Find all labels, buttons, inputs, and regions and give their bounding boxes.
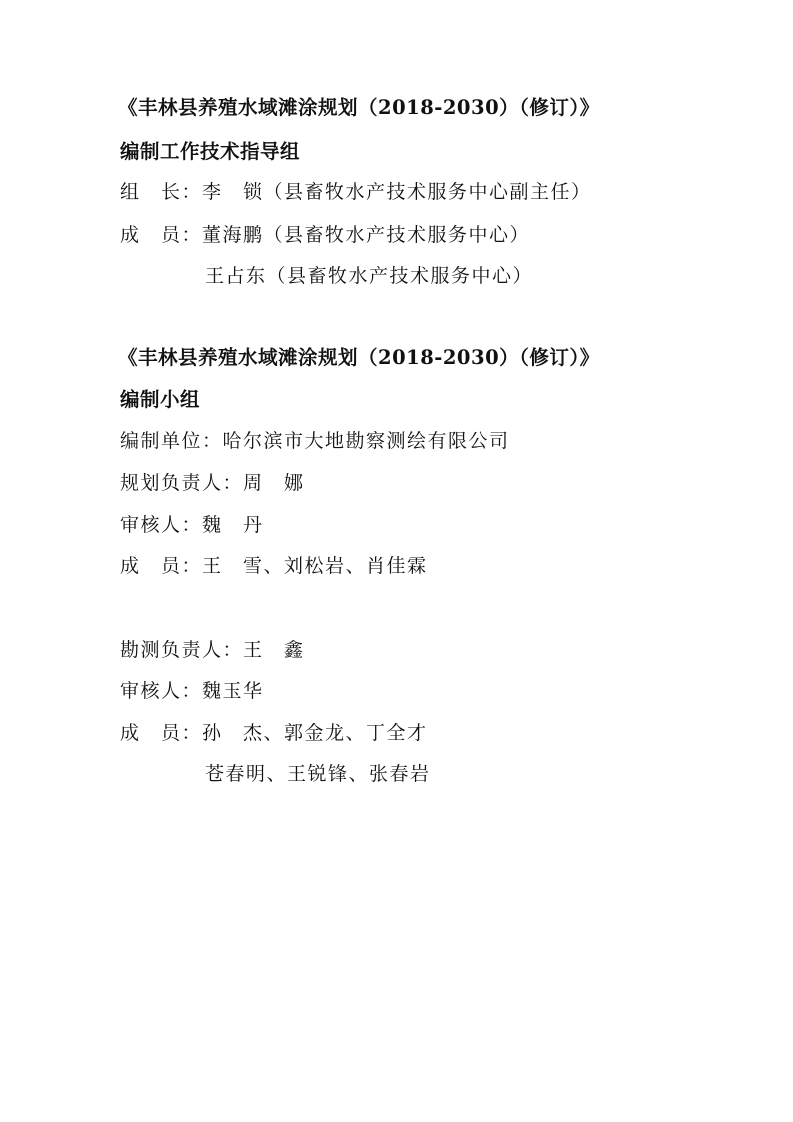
compiling-unit-line: 编制单位：哈尔滨市大地勘察测绘有限公司 [120, 429, 510, 453]
group-members-line: 成 员：董海鹏（县畜牧水产技术服务中心） [120, 223, 530, 247]
section1-subtitle: 编制工作技术指导组 [120, 140, 300, 164]
survey-members-line: 成 员：孙 杰、郭金龙、丁全才 [120, 721, 428, 745]
survey-reviewer-line: 审核人：魏玉华 [120, 679, 264, 703]
group-leader-line: 组 长：李 锁（县畜牧水产技术服务中心副主任） [120, 180, 592, 204]
planning-members-line: 成 员：王 雪、刘松岩、肖佳霖 [120, 554, 428, 578]
group-members-continued: 王占东（县畜牧水产技术服务中心） [205, 264, 533, 288]
planning-reviewer-line: 审核人：魏 丹 [120, 513, 264, 537]
survey-lead-line: 勘测负责人：王 鑫 [120, 638, 305, 662]
section1-title: 《丰林县养殖水域滩涂规划（2018-2030）（修订）》 [118, 96, 600, 120]
section2-subtitle: 编制小组 [120, 388, 200, 412]
planning-lead-line: 规划负责人：周 娜 [120, 471, 305, 495]
survey-members-continued: 苍春明、王锐锋、张春岩 [205, 762, 431, 786]
section2-title: 《丰林县养殖水域滩涂规划（2018-2030）（修订）》 [118, 346, 600, 370]
